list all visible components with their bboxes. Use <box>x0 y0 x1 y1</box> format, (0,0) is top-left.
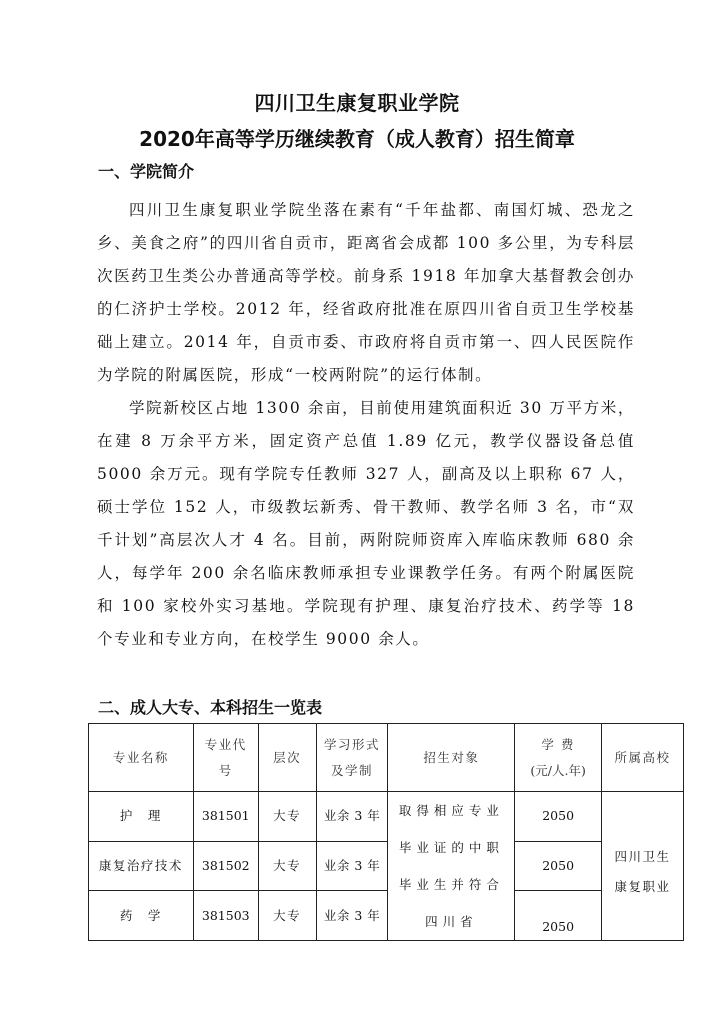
admissions-table: 专业名称 专业代号 层次 学习形式及学制 招生对象 学 费(元/人.年) 所属高… <box>88 723 684 941</box>
header-code-line2: 号 <box>194 758 258 784</box>
intro-paragraph-1: 四川卫生康复职业学院坐落在素有“千年盐都、南国灯城、恐龙之乡、美食之府”的四川省… <box>97 194 635 392</box>
intro-text: 四川卫生康复职业学院坐落在素有“千年盐都、南国灯城、恐龙之乡、美食之府”的四川省… <box>97 194 635 656</box>
header-major-name: 专业名称 <box>89 724 194 792</box>
cell-major-name: 康复治疗技术 <box>89 841 194 891</box>
table-header-row: 专业名称 专业代号 层次 学习形式及学制 招生对象 学 费(元/人.年) 所属高… <box>89 724 684 792</box>
cell-school: 四川卫生康复职业 <box>602 792 684 941</box>
header-form-line2: 及学制 <box>317 758 388 784</box>
header-level: 层次 <box>258 724 316 792</box>
section-heading-admissions: 二、成人大专、本科招生一览表 <box>98 695 322 718</box>
cell-level: 大专 <box>258 891 316 941</box>
header-code-line1: 专业代 <box>194 732 258 758</box>
header-fee-line1: 学 费 <box>515 732 601 758</box>
table-row: 药 学 381503 大专 业余 3 年 2050 <box>89 891 684 941</box>
cell-study-form: 业余 3 年 <box>316 841 388 891</box>
header-form-line1: 学习形式 <box>317 732 388 758</box>
header-major-code: 专业代号 <box>193 724 258 792</box>
cell-major-code: 381501 <box>193 792 258 842</box>
cell-major-name: 护 理 <box>89 792 194 842</box>
cell-level: 大专 <box>258 841 316 891</box>
header-fee-line2: (元/人.年) <box>515 758 601 784</box>
cell-major-code: 381503 <box>193 891 258 941</box>
cell-fee: 2050 <box>515 841 602 891</box>
cell-study-form: 业余 3 年 <box>316 891 388 941</box>
intro-paragraph-2: 学院新校区占地 1300 余亩，目前使用建筑面积近 30 万平方米，在建 8 万… <box>97 392 635 656</box>
header-target: 招生对象 <box>388 724 515 792</box>
table-row: 护 理 381501 大专 业余 3 年 取得相应专业毕业证的中职毕业生并符合四… <box>89 792 684 842</box>
header-fee: 学 费(元/人.年) <box>515 724 602 792</box>
cell-level: 大专 <box>258 792 316 842</box>
section-heading-intro: 一、学院简介 <box>98 159 194 182</box>
cell-fee: 2050 <box>515 792 602 842</box>
header-school: 所属高校 <box>602 724 684 792</box>
header-study-form: 学习形式及学制 <box>316 724 388 792</box>
cell-target: 取得相应专业毕业证的中职毕业生并符合四川省 <box>388 792 515 941</box>
document-subtitle: 2020年高等学历继续教育（成人教育）招生简章 <box>0 123 714 152</box>
document-title: 四川卫生康复职业学院 <box>0 87 714 116</box>
cell-fee: 2050 <box>515 891 602 941</box>
cell-study-form: 业余 3 年 <box>316 792 388 842</box>
table-row: 康复治疗技术 381502 大专 业余 3 年 2050 <box>89 841 684 891</box>
cell-major-code: 381502 <box>193 841 258 891</box>
cell-major-name: 药 学 <box>89 891 194 941</box>
